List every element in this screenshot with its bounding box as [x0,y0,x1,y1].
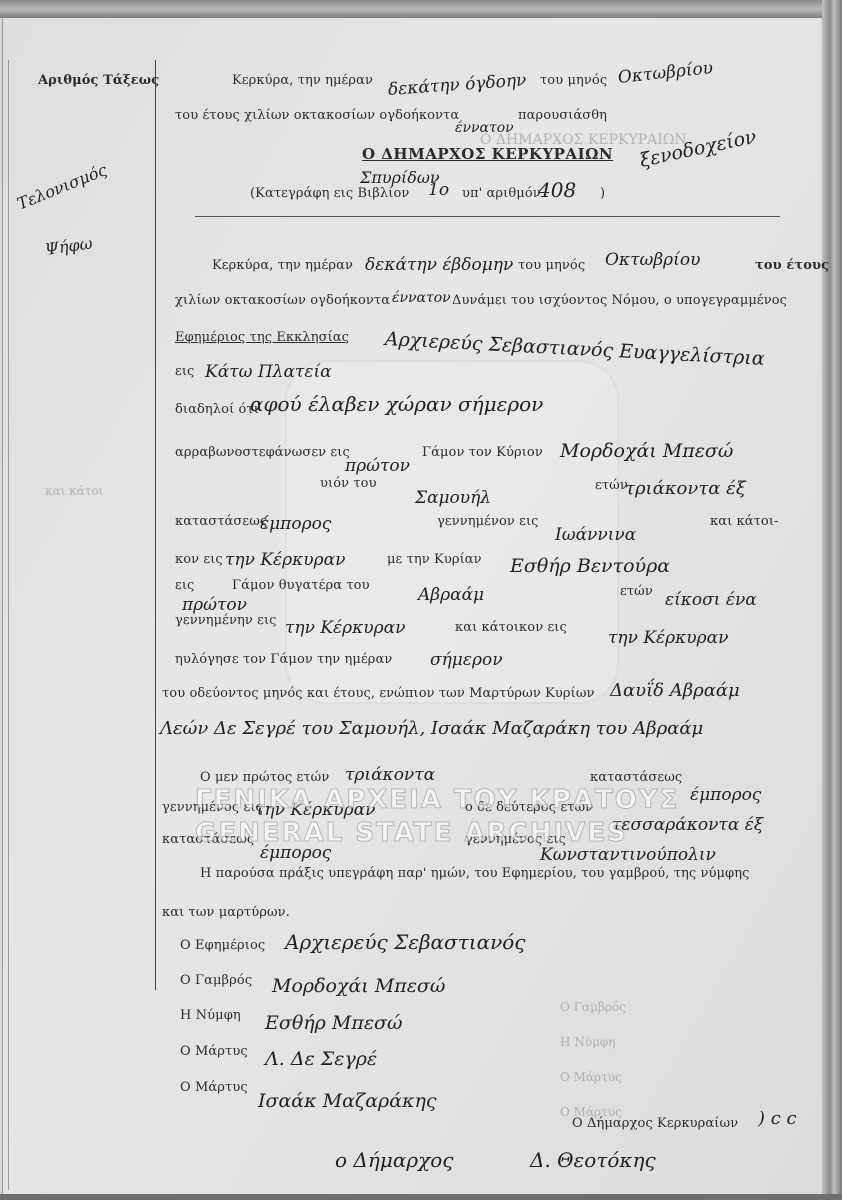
body-text: Κερκύρα, την ημέραν [212,258,353,273]
body-text: αρραβωνοστεφάνωσεν εις [175,445,350,460]
body-handwritten: Σαμουήλ [415,488,491,508]
margin-header: Αριθμός Τάξεως [38,73,159,88]
margin-ghost-text: και κάτοι [45,484,103,498]
body-text: με την Κυρίαν [387,552,482,567]
body-handwritten: τριάκοντα έξ [625,478,746,499]
bleed-through-text: Η Νύμφη [560,1035,615,1049]
header-year-label: του έτους χιλίων οκτακοσίων ογδοήκοντα [175,108,459,123]
signature-handwritten: Εσθήρ Μπεσώ [265,1012,402,1034]
signature-handwritten: Μορδοχάι Μπεσώ [272,975,445,997]
body-handwritten: πρώτον [182,595,247,615]
outer-margin-rule [8,60,9,1190]
header-year-handwritten: έννατον [455,120,514,136]
body-handwritten: δεκάτην έβδομην [365,255,513,275]
signature-role: Ο Εφημέριος [180,938,265,953]
signature-role: Η Νύμφη [180,1008,241,1023]
body-handwritten: έννατον [392,290,451,306]
register-number-label: υπ' αριθμόν [462,186,541,201]
body-text: υιόν του [320,476,377,491]
body-handwritten: πρώτον [345,456,410,476]
header-divider [195,216,780,217]
body-text: Γάμον θυγατέρα του [232,578,370,593]
register-label: (Κατεγράφη εις Βιβλίον [250,186,409,201]
body-text: Η παρούσα πράξις υπεγράφη παρ' ημών, του… [200,866,750,881]
body-text: Δυνάμει του ισχύοντος Νόμου, ο υπογεγραμ… [452,293,787,308]
mayor-mark: ) c c [758,1108,797,1129]
header-date-label: Κερκύρα, την ημέραν [232,73,373,88]
book-spine-edge [822,0,842,1200]
archive-watermark-english: GENERAL STATE ARCHIVES [195,818,628,848]
body-handwritten: αφού έλαβεν χώραν σήμερον [250,392,543,416]
body-text: ετών [620,584,653,599]
register-number-handwritten: 408 [538,178,576,202]
body-handwritten: τριάκοντα [345,765,435,785]
register-close-paren: ) [600,186,605,201]
body-text: γεννημένον εις [437,514,539,529]
signature-role: Ο Γαμβρός [180,973,252,988]
signature-handwritten: Ισαάκ Μαζαράκης [258,1090,437,1112]
mayor-signature-left: ο Δήμαρχος [335,1148,453,1172]
body-handwritten: την Κέρκυραν [225,550,345,570]
body-text: ετών [595,478,628,493]
body-text: και κάτοικον εις [455,620,567,635]
body-text: Ο μεν πρώτος ετών [200,770,329,785]
body-handwritten: είκοσι ένα [665,590,757,610]
body-handwritten: Εσθήρ Βεντούρα [510,555,670,577]
bleed-through-text: Ο Μάρτυς [560,1070,622,1084]
body-text: του μηνός [518,258,585,273]
body-text: καταστάσεως [175,514,267,529]
body-handwritten: Λεών Δε Σεγρέ του Σαμουήλ, Ισαάκ Μαζαράκ… [160,718,703,739]
body-handwritten: Αβραάμ [418,585,484,605]
body-handwritten: έμπορος [260,514,331,534]
mayor-signature-right: Δ. Θεοτόκης [530,1148,656,1172]
register-book-handwritten: 1ο [428,180,449,200]
signature-role: Ο Μάρτυς [180,1080,248,1095]
body-text: και κάτοι- [710,514,779,529]
margin-divider [155,60,156,990]
body-handwritten: Οκτωβρίου [605,250,700,270]
document-title: Ο ΔΗΜΑΡΧΟΣ ΚΕΡΚΥΡΑΙΩΝ [362,145,613,163]
body-text: του έτους [755,258,829,273]
body-text: καταστάσεως [590,770,682,785]
mayor-label: Ο Δήμαρχος Κερκυραίων [572,1116,738,1131]
body-handwritten: σήμερον [430,650,503,670]
body-handwritten: Κωνσταντινούπολιν [540,845,716,865]
body-text: διαδηλοί ότι [175,402,259,417]
signature-handwritten: Αρχιερεύς Σεβαστιανός [285,930,526,954]
body-text: ηυλόγησε τον Γάμον την ημέραν [175,652,392,667]
body-handwritten: την Κέρκυραν [608,628,728,648]
body-handwritten: έμπορος [690,785,761,805]
body-text: και των μαρτύρων. [162,905,290,920]
header-month-label: του μηνός [540,73,607,88]
body-handwritten: την Κέρκυραν [285,618,405,638]
body-handwritten: Μορδοχάι Μπεσώ [560,440,733,462]
body-handwritten: Δαυΐδ Αβραάμ [610,680,740,701]
archive-watermark-greek: ΓΕΝΙΚΑ ΑΡΧΕΙΑ ΤΟΥ ΚΡΑΤΟΥΣ [195,785,679,815]
body-text: Γάμον τον Κύριον [422,445,543,460]
body-text: χιλίων οκτακοσίων ογδοήκοντα [175,293,390,308]
book-top-edge [0,0,842,18]
header-presented-label: παρουσιάσθη [518,108,607,123]
body-text: Εφημέριος της Εκκλησίας [175,330,349,345]
body-text: εις [175,578,194,593]
body-text: του οδεύοντος μηνός και έτους, ενώπιον τ… [162,686,595,701]
body-handwritten: Κάτω Πλατεία [205,362,332,382]
book-bottom-edge [0,1194,842,1200]
signature-role: Ο Μάρτυς [180,1044,248,1059]
body-text: γεννημένην εις [175,613,277,628]
signature-handwritten: Λ. Δε Σεγρέ [265,1048,377,1070]
bleed-through-text: Ο Γαμβρός [560,1000,626,1014]
body-handwritten: Ιωάννινα [555,525,636,545]
body-handwritten: τεσσαράκοντα έξ [612,815,763,835]
body-text: εις [175,364,194,379]
body-text: κον εις [175,552,223,567]
